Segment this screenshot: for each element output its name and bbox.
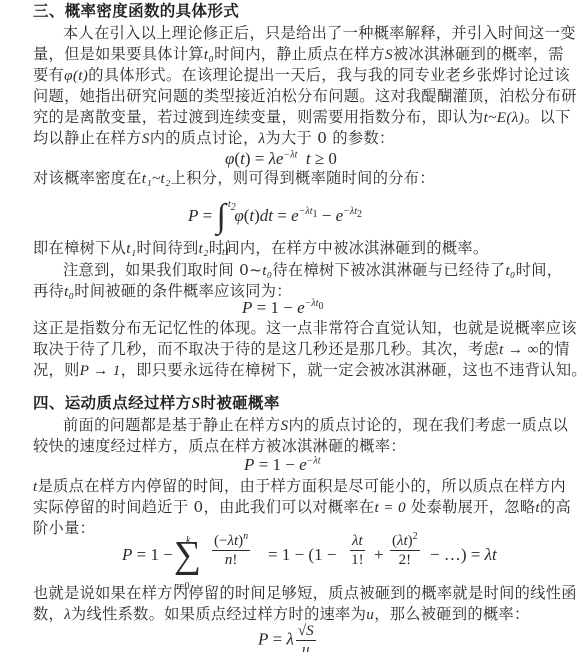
text-line: 取决于待了几秒，而不取决于待的是这几秒还是那几秒。其次，考虑t → ∞的情	[33, 339, 570, 360]
text-line: 注意到，如果我们取时间 0~t₀待在樟树下被冰淇淋砸与已经待了t₀时间，	[63, 260, 562, 281]
text-line: 要有φ(t)的具体形式。在该理论提出一天后，我与我的同专业老乡张烨讨论过该	[33, 65, 570, 86]
text-line: 前面的问题都是基于静止在样方S内的质点讨论的，现在我们考虑一质点以	[63, 415, 568, 436]
text-line: 较快的速度经过样方，质点在样方被冰淇淋砸的概率：	[33, 436, 406, 457]
text-line: 这正是指数分布无记忆性的体现。这一点非常符合直觉认知，也就是说概率应该	[33, 318, 577, 339]
text-line: 即在樟树下从t₁时间待到t₂时间内，在样方中被冰淇淋砸到的概率。	[33, 238, 488, 259]
text-line: 问题，她指出研究问题的类型接近泊松分布问题。这对我醍醐灌顶，泊松分布研	[33, 86, 577, 107]
equation-memoryless: P = 1 − e−λt0	[242, 297, 323, 319]
equation-pdf: φ(t) = λe−λt t ≥ 0	[225, 148, 337, 170]
text-line: 均以静止在样方S内的质点讨论，λ为大于 0 的参数：	[33, 128, 395, 149]
section-4-heading: 四、运动质点经过样方S时被砸概率	[33, 393, 280, 414]
section-3-heading: 三、概率密度函数的具体形式	[33, 1, 239, 22]
text-line: 阶小量：	[33, 518, 95, 539]
text-line: 量，但是如果要具体计算t₀时间内，静止质点在样方S被冰淇淋砸到的概率，需	[33, 44, 564, 65]
equation-moving: P = 1 − e−λt	[244, 454, 320, 476]
text-line: 究的是离散变量，若过渡到连续变量，则需要用指数分布，即认为t~E(λ)。以下	[33, 107, 571, 128]
equation-velocity: P = λ√Su	[258, 622, 318, 652]
text-line: 也就是说如果在样方内停留的时间足够短，质点被砸到的概率就是时间的线性函	[33, 583, 577, 604]
document-page: 三、概率密度函数的具体形式 本人在引入以上理论修正后，只是给出了一种概率解释，并…	[0, 0, 584, 652]
text-line: 实际停留的时间趋近于 0，由此我们可以对概率在t = 0 处泰勒展开，忽略t的高	[33, 497, 571, 518]
text-line: 本人在引入以上理论修正后，只是给出了一种概率解释，并引入时间这一变	[63, 23, 576, 44]
text-line: 对该概率密度在t₁~t₂上积分，则可得到概率随时间的分布：	[33, 168, 435, 189]
text-line: 况，则P → 1，即只要永远待在樟树下，就一定会被冰淇淋砸，这也不违背认知。	[33, 360, 584, 381]
text-line: t是质点在样方内停留的时间，由于样方面积是尽可能小的，所以质点在样方内	[33, 476, 566, 497]
